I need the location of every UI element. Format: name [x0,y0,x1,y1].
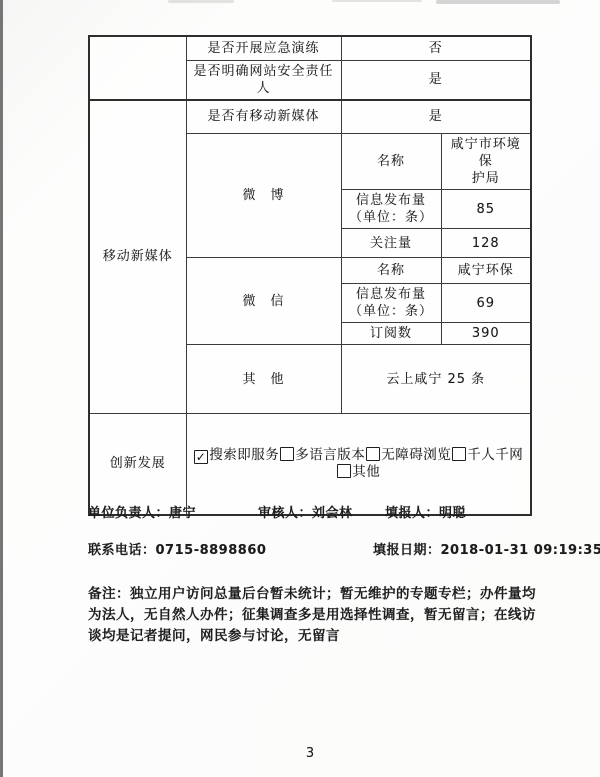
checkbox-unchecked-icon[interactable] [337,464,351,478]
other-media-cell: 其 他 [186,345,341,414]
phone-label: 联系电话： [88,543,156,558]
page-number: 3 [0,746,600,761]
scan-smudge [168,0,234,3]
date-line: 填报日期：2018-01-31 09:19:35 [373,539,600,558]
weibo-volume-value: 85 [441,190,531,229]
date-value: 2018-01-31 09:19:35 [441,543,600,558]
weibo-name-label: 名称 [341,134,441,190]
other-media-value: 云上咸宁 25 条 [341,345,531,414]
row-value-emergency-drill: 否 [341,36,531,60]
filler-label: 填报人： [385,506,439,521]
scan-edge-artifact [0,0,3,777]
checkbox-unchecked-icon[interactable] [280,447,294,461]
filler-line: 填报人：明聪 [385,502,466,521]
row-value-has-mobile-media: 是 [341,100,531,134]
scanned-report-page: 是否开展应急演练 否 是否明确网站安全责任人 是 移动新媒体 是否有移动新媒体 … [0,0,600,777]
phone-value: 0715-8898860 [156,543,267,558]
category-cell-innovation: 创新发展 [89,414,186,515]
row-label-emergency-drill: 是否开展应急演练 [186,36,341,60]
category-cell-empty [89,36,186,100]
innovation-options: ✓搜索即服务多语言版本无障碍浏览千人千网其他 [186,414,531,515]
wechat-cell: 微 信 [186,258,341,345]
scan-smudge [332,0,422,2]
reviewer-value: 刘会林 [312,506,353,521]
scan-smudge [436,0,560,4]
innovation-option-label: 千人千网 [467,447,523,463]
wechat-volume-label: 信息发布量 （单位：条） [341,284,441,323]
report-table: 是否开展应急演练 否 是否明确网站安全责任人 是 移动新媒体 是否有移动新媒体 … [88,35,532,516]
row-label-has-mobile-media: 是否有移动新媒体 [186,100,341,134]
wechat-name-value: 咸宁环保 [441,258,531,284]
weibo-followers-value: 128 [441,229,531,258]
unit-head-value: 唐宁 [169,506,196,521]
remarks-text: 备注：独立用户访问总量后台暂未统计；暂无维护的专题专栏；办件量均为法人，无自然人… [88,584,536,647]
phone-line: 联系电话：0715-8898860 [88,539,266,558]
weibo-volume-label: 信息发布量 （单位：条） [341,190,441,229]
date-label: 填报日期： [373,543,441,558]
innovation-option-label: 搜索即服务 [209,447,279,463]
wechat-volume-value: 69 [441,284,531,323]
category-cell-mobile-media: 移动新媒体 [89,100,186,414]
innovation-option-label: 无障碍浏览 [381,447,451,463]
weibo-name-value: 咸宁市环境保 护局 [441,134,531,190]
row-value-security-person: 是 [341,60,531,100]
reviewer-line: 审核人：刘会林 [258,502,353,521]
checkbox-unchecked-icon[interactable] [366,447,380,461]
row-label-security-person: 是否明确网站安全责任人 [186,60,341,100]
weibo-cell: 微 博 [186,134,341,258]
filler-value: 明聪 [439,506,466,521]
wechat-name-label: 名称 [341,258,441,284]
unit-head-label: 单位负责人： [88,506,169,521]
innovation-option-label: 其他 [352,464,380,480]
unit-head-line: 单位负责人：唐宁 [88,502,196,521]
wechat-subscribers-value: 390 [441,323,531,345]
wechat-subscribers-label: 订阅数 [341,323,441,345]
weibo-followers-label: 关注量 [341,229,441,258]
innovation-option-label: 多语言版本 [295,447,365,463]
reviewer-label: 审核人： [258,506,312,521]
checkbox-unchecked-icon[interactable] [452,447,466,461]
checkbox-checked-icon[interactable]: ✓ [194,450,208,464]
